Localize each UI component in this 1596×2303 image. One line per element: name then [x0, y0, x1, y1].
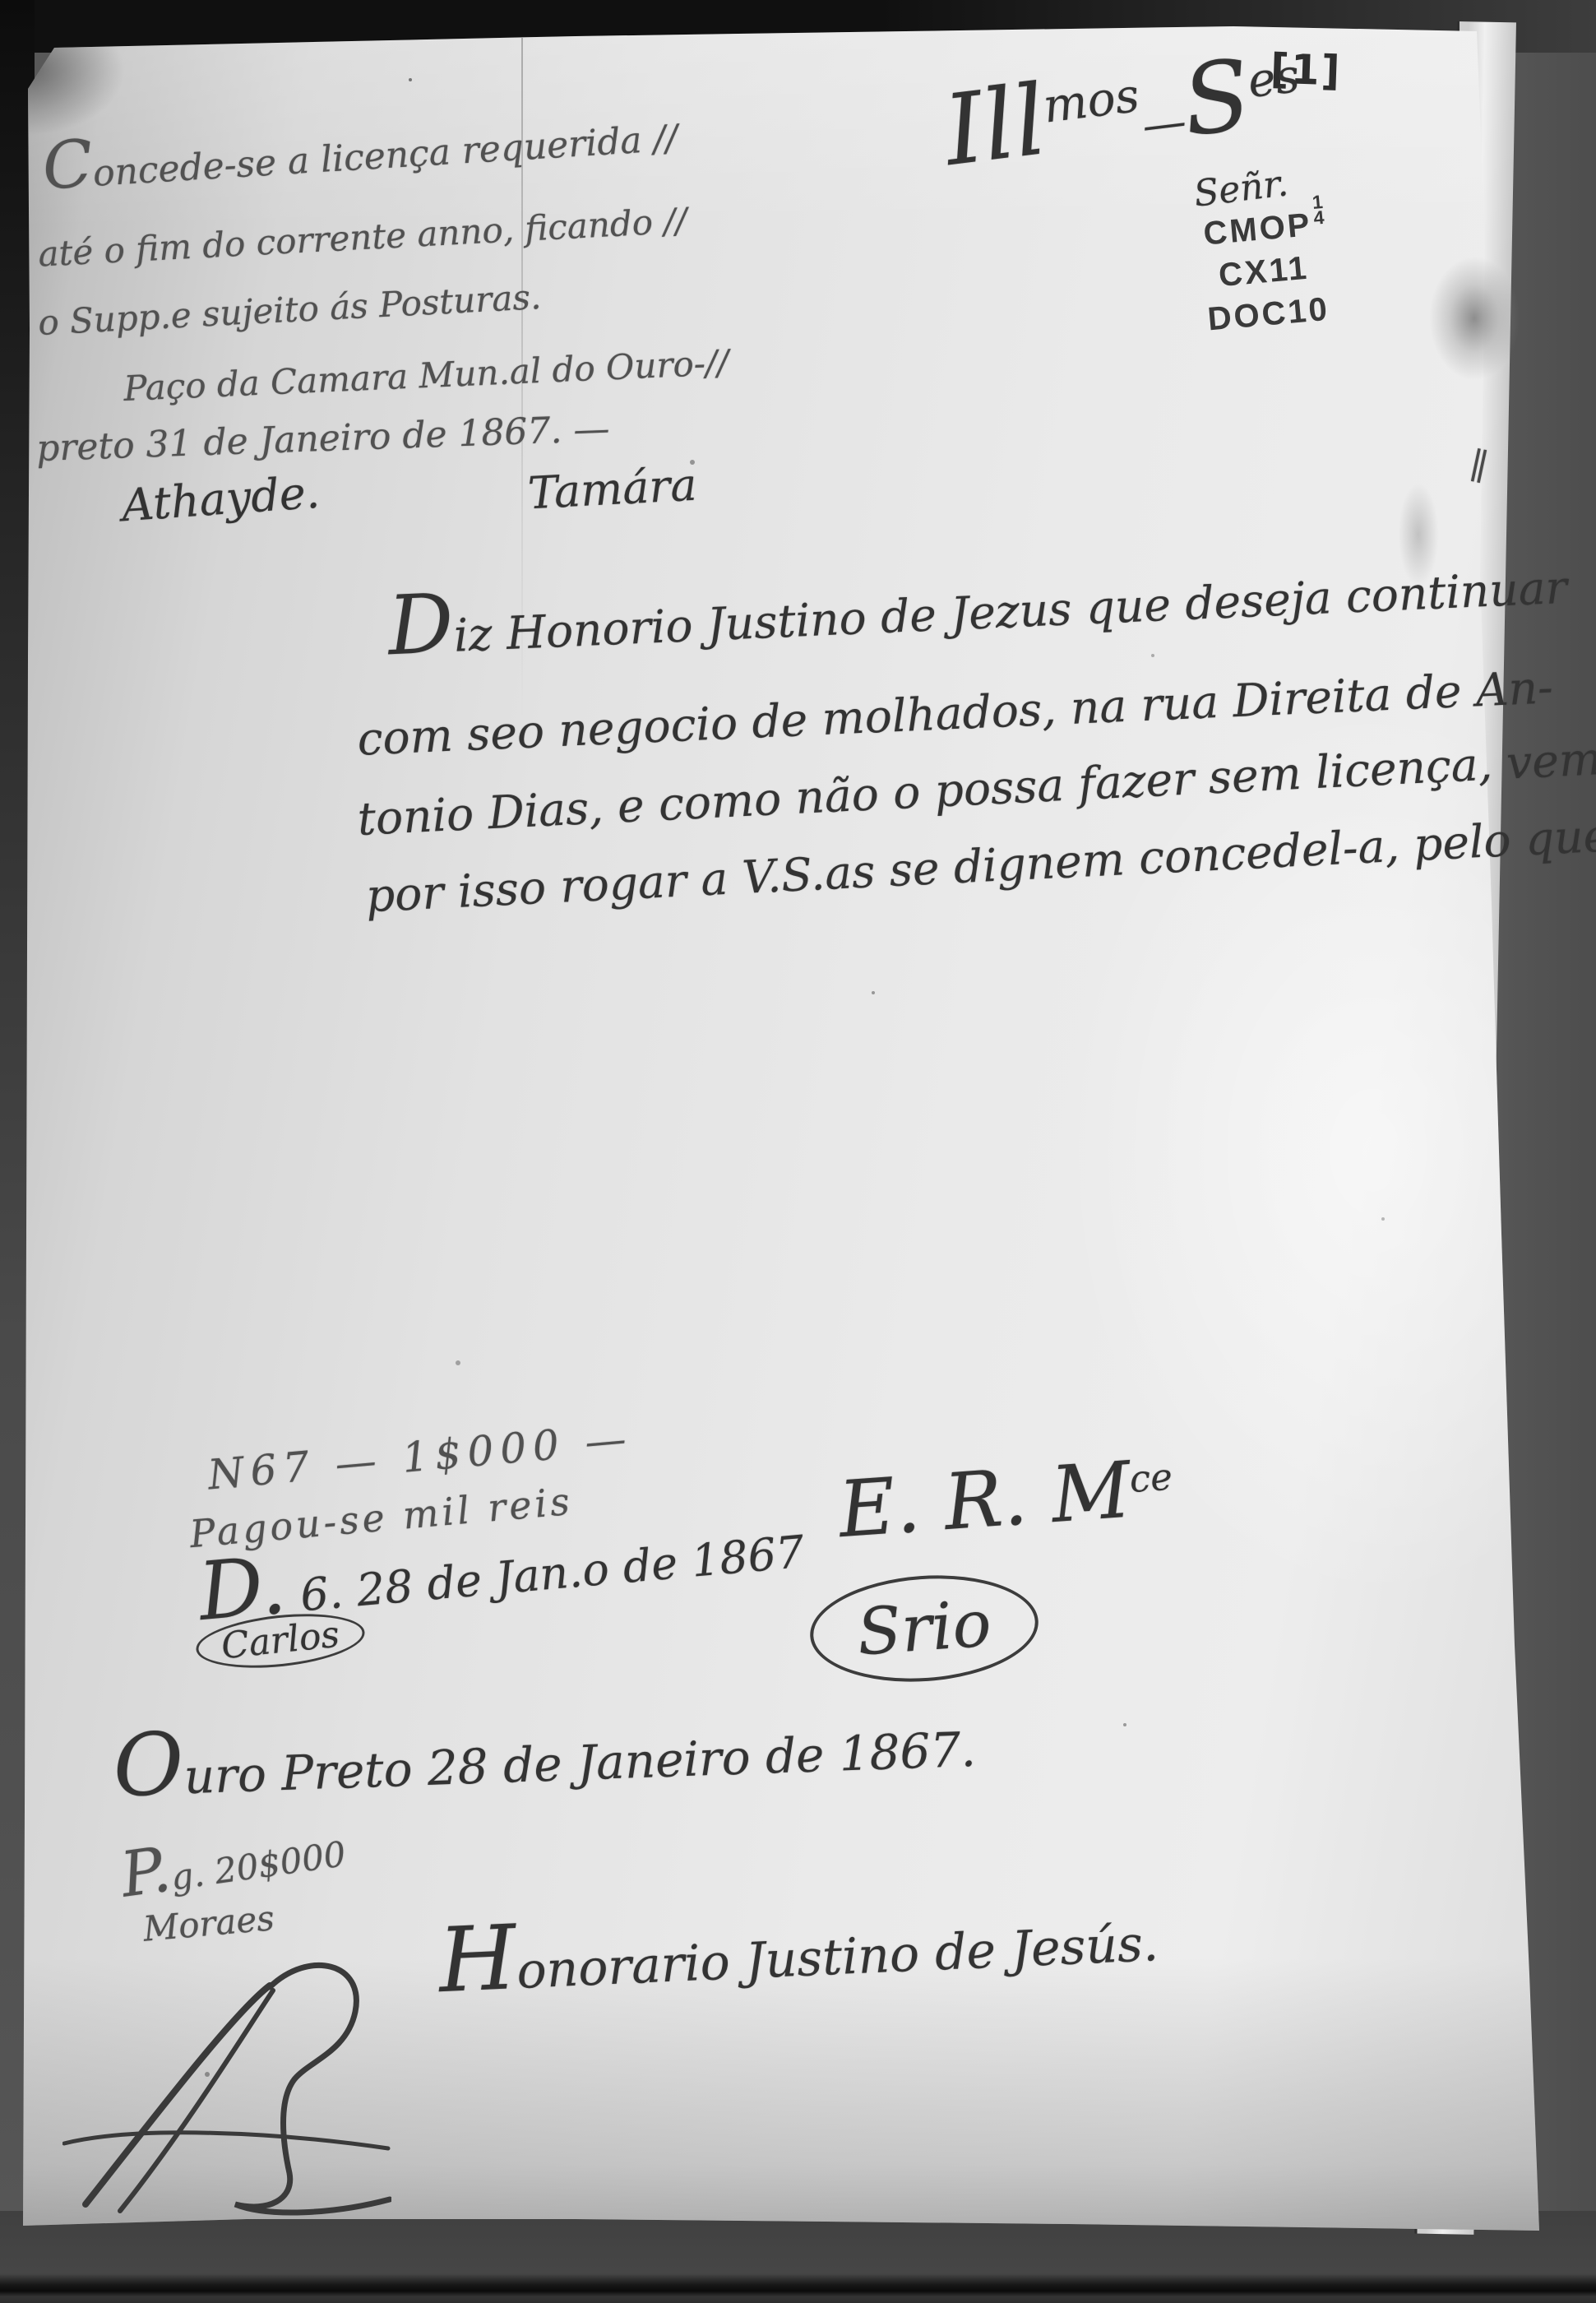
despacho-signature-athayde: Athayde.	[120, 470, 321, 529]
ink-specks	[409, 78, 412, 81]
rubric-r-signature	[62, 1956, 391, 2219]
salutation-ill: Ill	[938, 63, 1052, 188]
salutation-s-sup: es	[1245, 49, 1302, 109]
formula-erm: E. R. Mce	[836, 1449, 1176, 1550]
archive-stamp: CMOP14 CX11 DOC10	[1201, 202, 1334, 341]
salutation-ill-sup: mos	[1040, 68, 1142, 134]
stain	[1429, 257, 1520, 380]
despacho-signature-tamara: Tamára	[527, 463, 698, 517]
salutation-dash: —	[1140, 95, 1189, 151]
scanned-document-page: [1] CMOP14 CX11 DOC10 Illmos—Ses Señr. ∥…	[0, 0, 1596, 2303]
